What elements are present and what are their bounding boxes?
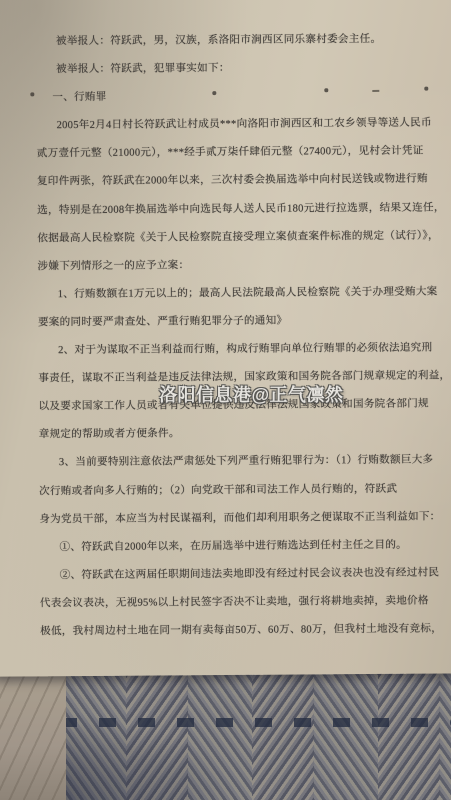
document-line: 1、行贿数额在1万元以上的；最高人民法院最高人民检察院《关于办理受贿大案 [38,278,441,309]
ink-dash [372,90,379,92]
section-heading: 一、行贿罪 [36,82,439,113]
document-line: 被举报人：符跃武，男，汉族，系洛阳市涧西区同乐寨村委会主任。 [36,26,439,57]
photo-of-document: 被举报人：符跃武，男，汉族，系洛阳市涧西区同乐寨村委会主任。 被举报人：符跃武，… [0,0,451,800]
fabric-left-strip [0,664,66,800]
document-line: 要案的同时要严肃查处、严重行贿犯罪分子的通知》 [38,306,441,337]
document-line: 依据最高人民检察院《关于人民检察院直接受理立案侦查案件标准的规定（试行）》， [37,222,440,253]
document-line: ②、符跃武在这两届任职期间违法卖地即没有经过村民会议表决也没有经过村民 [40,559,443,590]
document-line: 复印件两张，符跃武在2000年以来，三次村委会换届选举中向村民送钱或物进行贿 [37,166,440,197]
document-line: 3、当前要特别注意依法严肃惩处下列严重行贿犯罪行为：（1）行贿数额巨大多 [39,447,442,478]
fabric-seam-stitches [60,718,451,727]
document-line: 次行贿或者向多人行贿的；（2）向党政干部和司法工作人员行贿的，符跃武 [39,475,442,506]
watermark: 洛阳信息港@正气凛然 [159,381,344,407]
ink-dot [324,88,328,92]
ink-dot [424,87,428,91]
document-line: 极低，我村周边村土地在同一期有卖每亩50万、60万、80万，但我村土地没有竞标， [40,615,443,646]
document-line: 章规定的帮助或者方便条件。 [39,419,442,450]
document-line: ①、符跃武自2000年以来，在历届选举中进行贿选达到任村主任之目的。 [39,531,442,562]
document-line: 代表会议表决，无视95%以上村民签字否决不让卖地，强行将耕地卖掉，卖地价格 [40,587,443,618]
ink-dot [30,92,34,96]
ink-dot [212,91,216,95]
document-line: 涉嫌下列情形之一的应予立案： [37,250,440,281]
document-line: 2005年2月4日村长符跃武让村成员***向洛阳市涧西区和工农乡领导等送人民币 [36,110,439,141]
document-text: 被举报人：符跃武，男，汉族，系洛阳市涧西区同乐寨村委会主任。 被举报人：符跃武，… [0,0,451,647]
document-line: 2、对于为谋取不正当利益而行贿，构成行贿罪向单位行贿罪的必须依法追究刑 [38,335,441,366]
document-line: 身为党员干部，本应当为村民谋福利，而他们却利用职务之便谋取不正当利益如下： [39,503,442,534]
document-line: 被举报人：符跃武，犯罪事实如下： [36,54,439,85]
document-line: 贰万壹仟元整（21000元），***经手贰万柒仟肆佰元整（27400元），见村会… [37,138,440,169]
document-line: 选，特别是在2008年换届选举中向选民每人送人民币180元进行拉选票，结果又连任… [37,194,440,225]
document-paper: 被举报人：符跃武，男，汉族，系洛阳市涧西区同乐寨村委会主任。 被举报人：符跃武，… [0,0,451,677]
